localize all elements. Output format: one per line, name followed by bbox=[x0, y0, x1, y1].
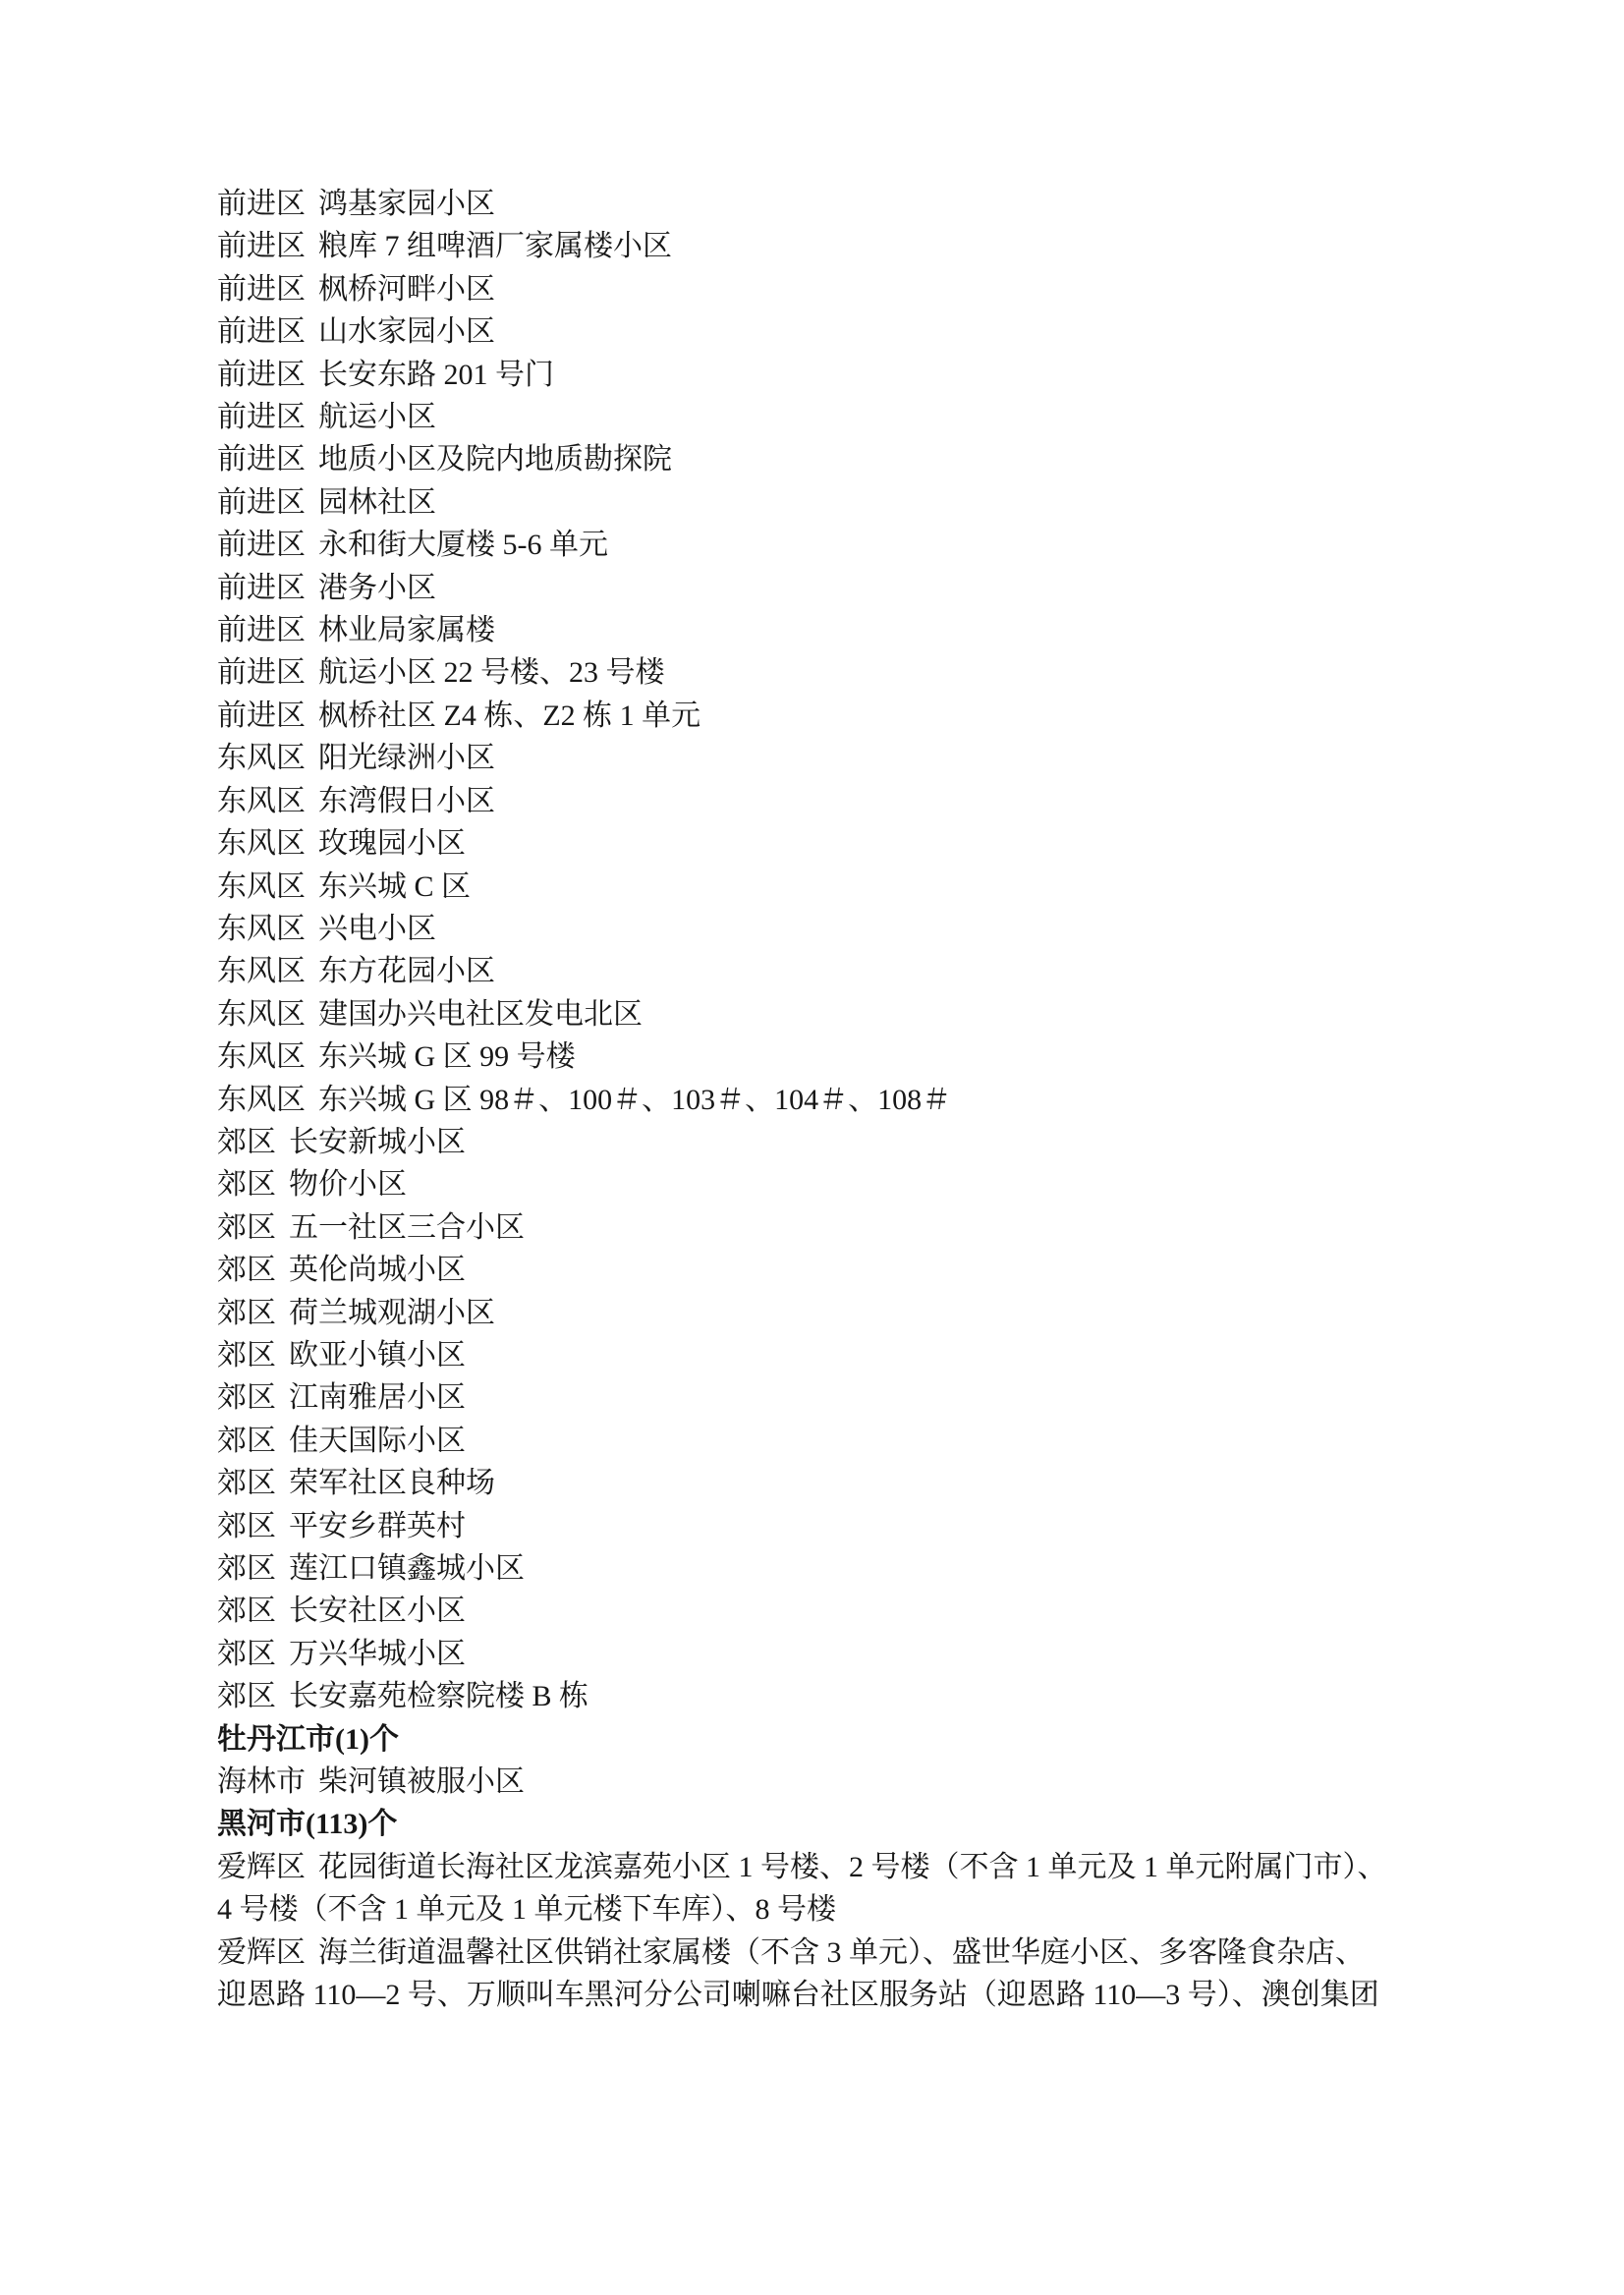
list-row: 前进区航运小区 22 号楼、23 号楼 bbox=[217, 651, 1435, 694]
district-label: 前进区 bbox=[217, 651, 306, 694]
list-row: 郊区物价小区 bbox=[217, 1163, 1435, 1205]
place-text: 长安新城小区 bbox=[289, 1126, 466, 1158]
place-text: 永和街大厦楼 5-6 单元 bbox=[318, 529, 608, 561]
place-text: 枫桥社区 Z4 栋、Z2 栋 1 单元 bbox=[318, 700, 700, 732]
list-row: 4 号楼（不含 1 单元及 1 单元楼下车库）、8 号楼 bbox=[217, 1888, 1435, 1931]
district-label: 爱辉区 bbox=[217, 1846, 306, 1888]
list-row: 郊区荣军社区良种场 bbox=[217, 1462, 1435, 1504]
list-row: 东风区东方花园小区 bbox=[217, 950, 1435, 992]
district-label: 郊区 bbox=[217, 1590, 276, 1632]
place-text: 园林社区 bbox=[318, 486, 436, 519]
place-text: 荷兰城观湖小区 bbox=[289, 1297, 495, 1329]
list-row: 东风区东兴城 C 区 bbox=[217, 866, 1435, 908]
district-label: 东风区 bbox=[217, 822, 306, 865]
list-row: 海林市柴河镇被服小区 bbox=[217, 1761, 1435, 1803]
district-list: 前进区鸿基家园小区前进区粮库 7 组啤酒厂家属楼小区前进区枫桥河畔小区前进区山水… bbox=[217, 183, 1435, 2016]
district-label: 郊区 bbox=[217, 1675, 276, 1717]
list-row: 前进区山水家园小区 bbox=[217, 310, 1435, 353]
district-label: 郊区 bbox=[217, 1334, 276, 1376]
list-row: 郊区长安嘉苑检察院楼 B 栋 bbox=[217, 1675, 1435, 1717]
place-text: 长安东路 201 号门 bbox=[318, 359, 554, 391]
place-text: 阳光绿洲小区 bbox=[318, 742, 495, 774]
list-row: 郊区江南雅居小区 bbox=[217, 1376, 1435, 1419]
place-text: 长安社区小区 bbox=[289, 1595, 466, 1627]
place-text: 荣军社区良种场 bbox=[289, 1467, 495, 1499]
district-label: 郊区 bbox=[217, 1376, 276, 1419]
place-text: 花园街道长海社区龙滨嘉苑小区 1 号楼、2 号楼（不含 1 单元及 1 单元附属… bbox=[318, 1851, 1387, 1883]
list-row: 郊区英伦尚城小区 bbox=[217, 1249, 1435, 1291]
list-row: 郊区荷兰城观湖小区 bbox=[217, 1292, 1435, 1334]
place-text: 林业局家属楼 bbox=[318, 614, 495, 646]
district-label: 东风区 bbox=[217, 908, 306, 950]
list-row: 前进区永和街大厦楼 5-6 单元 bbox=[217, 524, 1435, 566]
district-label: 前进区 bbox=[217, 268, 306, 310]
place-text: 东湾假日小区 bbox=[318, 785, 495, 817]
district-label: 前进区 bbox=[217, 438, 306, 480]
list-row: 郊区佳天国际小区 bbox=[217, 1420, 1435, 1462]
district-label: 前进区 bbox=[217, 609, 306, 651]
list-row: 郊区长安社区小区 bbox=[217, 1590, 1435, 1632]
place-text: 平安乡群英村 bbox=[289, 1510, 466, 1542]
district-label: 东风区 bbox=[217, 950, 306, 992]
place-text: 长安嘉苑检察院楼 B 栋 bbox=[289, 1680, 588, 1712]
district-label: 爱辉区 bbox=[217, 1931, 306, 1974]
list-row: 前进区园林社区 bbox=[217, 481, 1435, 524]
place-text: 物价小区 bbox=[289, 1168, 407, 1201]
list-row: 前进区枫桥社区 Z4 栋、Z2 栋 1 单元 bbox=[217, 695, 1435, 737]
district-label: 郊区 bbox=[217, 1206, 276, 1249]
list-row: 东风区建国办兴电社区发电北区 bbox=[217, 993, 1435, 1036]
list-row: 东风区阳光绿洲小区 bbox=[217, 737, 1435, 779]
district-label: 郊区 bbox=[217, 1462, 276, 1504]
place-text: 建国办兴电社区发电北区 bbox=[318, 998, 643, 1031]
list-row: 前进区枫桥河畔小区 bbox=[217, 268, 1435, 310]
place-text: 江南雅居小区 bbox=[289, 1381, 466, 1414]
list-row: 前进区港务小区 bbox=[217, 567, 1435, 609]
district-label: 海林市 bbox=[217, 1761, 306, 1803]
list-row: 东风区东兴城 G 区 98＃、100＃、103＃、104＃、108＃ bbox=[217, 1079, 1435, 1121]
place-text: 万兴华城小区 bbox=[289, 1638, 466, 1670]
place-text: 佳天国际小区 bbox=[289, 1425, 466, 1457]
district-label: 前进区 bbox=[217, 481, 306, 524]
district-label: 前进区 bbox=[217, 396, 306, 438]
list-row: 郊区五一社区三合小区 bbox=[217, 1206, 1435, 1249]
district-label: 东风区 bbox=[217, 1036, 306, 1078]
list-row: 迎恩路 110—2 号、万顺叫车黑河分公司喇嘛台社区服务站（迎恩路 110—3 … bbox=[217, 1974, 1435, 2016]
list-row: 前进区航运小区 bbox=[217, 396, 1435, 438]
place-text: 牡丹江市(1)个 bbox=[217, 1723, 399, 1756]
place-text: 欧亚小镇小区 bbox=[289, 1339, 466, 1371]
district-label: 东风区 bbox=[217, 737, 306, 779]
district-label: 郊区 bbox=[217, 1505, 276, 1547]
list-row: 爱辉区花园街道长海社区龙滨嘉苑小区 1 号楼、2 号楼（不含 1 单元及 1 单… bbox=[217, 1846, 1435, 1888]
list-row: 爱辉区海兰街道温馨社区供销社家属楼（不含 3 单元）、盛世华庭小区、多客隆食杂店… bbox=[217, 1931, 1435, 1974]
place-text: 4 号楼（不含 1 单元及 1 单元楼下车库）、8 号楼 bbox=[217, 1893, 836, 1926]
place-text: 地质小区及院内地质勘探院 bbox=[318, 443, 672, 476]
district-label: 前进区 bbox=[217, 183, 306, 225]
district-label: 前进区 bbox=[217, 225, 306, 267]
list-row: 东风区兴电小区 bbox=[217, 908, 1435, 950]
place-text: 黑河市(113)个 bbox=[217, 1808, 397, 1840]
district-label: 郊区 bbox=[217, 1420, 276, 1462]
place-text: 山水家园小区 bbox=[318, 315, 495, 348]
place-text: 玫瑰园小区 bbox=[318, 827, 466, 860]
district-label: 前进区 bbox=[217, 354, 306, 396]
district-label: 前进区 bbox=[217, 524, 306, 566]
place-text: 兴电小区 bbox=[318, 913, 436, 945]
district-label: 郊区 bbox=[217, 1163, 276, 1205]
district-label: 东风区 bbox=[217, 866, 306, 908]
list-row: 前进区地质小区及院内地质勘探院 bbox=[217, 438, 1435, 480]
list-row: 前进区长安东路 201 号门 bbox=[217, 354, 1435, 396]
place-text: 鸿基家园小区 bbox=[318, 188, 495, 220]
place-text: 东兴城 C 区 bbox=[318, 870, 471, 903]
place-text: 枫桥河畔小区 bbox=[318, 273, 495, 306]
place-text: 东兴城 G 区 98＃、100＃、103＃、104＃、108＃ bbox=[318, 1084, 951, 1116]
list-row: 郊区万兴华城小区 bbox=[217, 1633, 1435, 1675]
place-text: 东兴城 G 区 99 号楼 bbox=[318, 1040, 576, 1073]
list-row: 郊区长安新城小区 bbox=[217, 1121, 1435, 1163]
section-header-row: 黑河市(113)个 bbox=[217, 1803, 1435, 1845]
district-label: 前进区 bbox=[217, 567, 306, 609]
list-row: 前进区林业局家属楼 bbox=[217, 609, 1435, 651]
place-text: 迎恩路 110—2 号、万顺叫车黑河分公司喇嘛台社区服务站（迎恩路 110—3 … bbox=[217, 1979, 1379, 2011]
list-row: 郊区欧亚小镇小区 bbox=[217, 1334, 1435, 1376]
district-label: 郊区 bbox=[217, 1249, 276, 1291]
section-header-row: 牡丹江市(1)个 bbox=[217, 1718, 1435, 1761]
district-label: 东风区 bbox=[217, 780, 306, 822]
list-row: 郊区莲江口镇鑫城小区 bbox=[217, 1547, 1435, 1590]
place-text: 东方花园小区 bbox=[318, 955, 495, 987]
district-label: 前进区 bbox=[217, 695, 306, 737]
list-row: 前进区粮库 7 组啤酒厂家属楼小区 bbox=[217, 225, 1435, 267]
district-label: 郊区 bbox=[217, 1633, 276, 1675]
place-text: 航运小区 bbox=[318, 401, 436, 433]
place-text: 港务小区 bbox=[318, 572, 436, 604]
place-text: 五一社区三合小区 bbox=[289, 1211, 525, 1244]
place-text: 粮库 7 组啤酒厂家属楼小区 bbox=[318, 230, 672, 262]
district-label: 东风区 bbox=[217, 1079, 306, 1121]
place-text: 柴河镇被服小区 bbox=[318, 1765, 525, 1798]
district-label: 东风区 bbox=[217, 993, 306, 1036]
list-row: 前进区鸿基家园小区 bbox=[217, 183, 1435, 225]
district-label: 前进区 bbox=[217, 310, 306, 353]
place-text: 英伦尚城小区 bbox=[289, 1254, 466, 1286]
list-row: 东风区东湾假日小区 bbox=[217, 780, 1435, 822]
place-text: 莲江口镇鑫城小区 bbox=[289, 1552, 525, 1585]
place-text: 航运小区 22 号楼、23 号楼 bbox=[318, 656, 665, 689]
place-text: 海兰街道温馨社区供销社家属楼（不含 3 单元）、盛世华庭小区、多客隆食杂店、 bbox=[318, 1936, 1365, 1969]
list-row: 郊区平安乡群英村 bbox=[217, 1505, 1435, 1547]
list-row: 东风区玫瑰园小区 bbox=[217, 822, 1435, 865]
list-row: 东风区东兴城 G 区 99 号楼 bbox=[217, 1036, 1435, 1078]
district-label: 郊区 bbox=[217, 1292, 276, 1334]
district-label: 郊区 bbox=[217, 1547, 276, 1590]
district-label: 郊区 bbox=[217, 1121, 276, 1163]
